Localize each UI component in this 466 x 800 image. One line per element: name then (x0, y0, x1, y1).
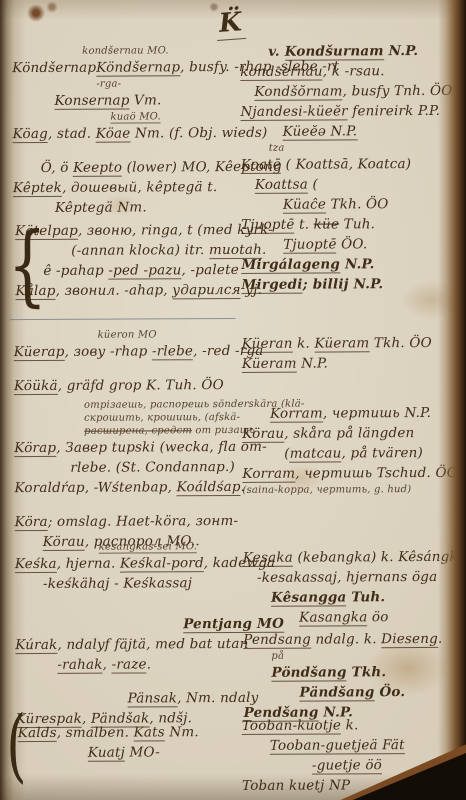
text-segment: k. (293, 336, 315, 352)
text-segment: kondšernau MO. (82, 45, 169, 56)
entry-line: -rga- (96, 77, 244, 91)
text-segment: küeron MO (98, 329, 157, 340)
text-segment: Küeran (242, 336, 293, 353)
entry-block-keska: kesangkas-sei MO.Keśka, hjerna. Keśkal-p… (15, 540, 247, 594)
text-segment: (lower) MO, (122, 159, 215, 175)
text-segment: Kondšurnam (285, 43, 384, 61)
entry-line: Kätelpap, звоню, ringa, t (med kyrk- (15, 220, 247, 241)
entry-line: Kuatj MO- (88, 742, 250, 763)
text-segment: Keśkal-pord (120, 555, 204, 572)
text-segment: -ped -pazu (108, 262, 181, 279)
text-segment: muotah (209, 242, 262, 259)
section-divider (10, 318, 236, 320)
text-segment: , зову -rhap (65, 343, 152, 359)
entry-line: Njandesi-küeĕr fenireirk P.P. (240, 101, 458, 122)
text-segment: -guetje öö (312, 757, 382, 774)
text-segment: ; omslag. Haet-köra, зонт- (48, 513, 239, 530)
text-segment: k. (341, 717, 358, 733)
text-segment: Kêsangga (271, 589, 347, 606)
text-segment: kuaö MO. (110, 111, 160, 123)
text-segment: matcau (290, 445, 342, 462)
entry-line: ê -pahap -ped -pazu, -palete (43, 260, 247, 281)
text-segment: Kondšŏrnam (254, 83, 342, 100)
entry-line: -kesakassaj, hjernans öga (257, 567, 461, 588)
text-segment: ê -pahap (43, 263, 108, 279)
text-segment: Toban kuetj NP (242, 777, 350, 794)
entry-line: отрізаешь, распорешь sönderskära (klä- (84, 398, 246, 412)
text-segment: Kätelpap (15, 223, 78, 240)
entry-line: Köükä, gräfd grop K. Tuh. ÖO (14, 375, 246, 396)
entry-line: Korram, чертишь N.P. (270, 403, 460, 424)
text-segment: Kúrak (15, 637, 57, 654)
text-segment: . (147, 656, 152, 672)
text-segment: , hjerna. (57, 556, 120, 572)
text-segment: Tooban-kuotje (242, 717, 341, 735)
text-segment: , -Wśtenbap, (85, 479, 177, 495)
text-segment: скрошить, крошишь, (afskä- (84, 412, 240, 424)
text-segment: , på tvären) (341, 445, 423, 461)
text-segment: Tooban-guetjeä Fät (270, 737, 405, 755)
entry-line: (saina-koppa, чертить, g. hud) (242, 483, 460, 497)
text-segment: ndalg. k. (311, 631, 381, 647)
text-segment: Koáldśap (177, 479, 241, 496)
text-segment: , k -rsau. (323, 63, 385, 79)
text-segment: Kalds (18, 725, 57, 742)
entry-block-katelpap: Kätelpap, звоню, ringa, t (med kyrk-(-an… (15, 220, 247, 301)
entry-line: Korram, чертишь Tschud. ÖO. (242, 463, 460, 484)
entry-line: Küeran k. Küeram Tkh. ÖO (242, 333, 460, 354)
entry-line: KöndšernapKöndšernap, busfy. -rhap -sleb… (12, 57, 244, 78)
entry-block-koag-keptek: kuaö MO.Köag, stad. Köae Nm. (f. Obj. wi… (12, 110, 245, 218)
page-letter-heading: K̈ (215, 7, 246, 41)
entry-line: Pendsang ndalg. k. Dieseng. (243, 629, 461, 650)
text-segment: Pänsak (128, 690, 178, 707)
entry-line: Kålap, звонил. -ahap, ударился уј. (15, 280, 247, 301)
entry-line: Koattsa ( (255, 174, 459, 195)
text-segment: Köag (13, 126, 48, 143)
text-segment: Keśka (15, 556, 57, 573)
text-segment: t. (295, 217, 314, 233)
entry-line: Kasangka öo (299, 607, 461, 628)
entry-line: tza (269, 141, 459, 155)
entry-line: kondsernau, k -rsau. (240, 61, 458, 82)
text-segment: , звоню, ringa, t (med kyrk- (78, 222, 273, 239)
text-segment: Kats (134, 724, 165, 741)
entry-line: Körap, Завер tupski (wecka, fla om- (14, 437, 246, 458)
entry-line: Kêptek, дошевый, kêptegä t. (13, 177, 245, 198)
text-segment: Tkh. (347, 664, 387, 680)
text-segment: Dieseng (381, 631, 438, 648)
entry-line: Koraldŕap, -Wśtenbap, Koáldśap. (14, 477, 246, 498)
text-segment: , чертишь Tschud. ÖO. (295, 465, 462, 482)
text-segment: Mirgálageng (241, 256, 340, 274)
text-segment: Küeĕə N.P. (283, 123, 358, 140)
entry-line: Köag, stad. Köae Nm. (f. Obj. wieds) (13, 123, 245, 144)
text-segment: -keśkähaj - Keśkassaj (43, 575, 192, 592)
text-segment: rlebe. (St. Condannap.) (70, 459, 235, 476)
entry-line: på (271, 649, 461, 663)
text-segment: Nm. (165, 724, 199, 740)
text-segment: Koraldŕap (14, 480, 84, 496)
entry-line: скрошить, крошишь, (afskä- (84, 411, 246, 425)
text-segment: Nm. (f. Obj. wieds) (130, 125, 267, 142)
entry-line: Tjuoptē t. küe Tuh. (241, 214, 459, 235)
entry-block-kondsernap: kondšernau MO.KöndšernapKöndšernap, busf… (12, 44, 244, 111)
entry-line: Köra; omslag. Haet-köra, зонт- (15, 511, 247, 532)
text-segment: MO- (125, 744, 160, 760)
text-segment: Köndšernap (12, 60, 96, 76)
entry-line: Kúrak, ndalyf fäjtä, med bat utan (15, 634, 247, 655)
entry-line: расширена, средст от ризашь (84, 424, 246, 438)
entry-line: (matcau, på tvären) (284, 443, 460, 464)
text-segment: Koattsa (255, 177, 308, 194)
entry-line: Körau, skåra på längden (242, 423, 460, 444)
entry-line: rlebe. (St. Condannap.) (70, 457, 246, 478)
text-segment: N.P. (297, 356, 328, 372)
entry-line: kondšernau MO. (82, 44, 244, 58)
book-page-edge (438, 0, 466, 800)
entry-line: Ö, ö Keepto (lower) MO, Kêeptong (41, 157, 245, 178)
text-segment: kondsernau (240, 64, 323, 81)
text-segment: , skåra på längden (284, 425, 414, 442)
text-segment: Körau (242, 426, 284, 443)
text-segment: Küeram (314, 335, 369, 352)
text-segment: Pändšang (299, 684, 374, 701)
text-segment: -raze (112, 656, 147, 673)
text-segment: (saina-koppa, чертить, g. hud) (242, 484, 411, 496)
text-segment: Kêptek (13, 180, 62, 197)
entry-line: Konsernap Vm. (54, 90, 244, 111)
text-segment: Nm. (113, 199, 147, 215)
text-segment: Ö, ö (41, 160, 73, 176)
entry-line: Tooban-guetjeä Fät (270, 735, 460, 756)
text-segment: Köndšernap (96, 59, 180, 76)
entry-line: Kêsangga Tuh. (271, 587, 461, 608)
text-segment: -rlebe (152, 343, 193, 360)
text-segment: , -palete (181, 262, 238, 278)
text-segment: , чертишь N.P. (323, 405, 431, 422)
text-segment: -kesakassaj, hjernans öga (257, 569, 438, 586)
text-segment: , Завер tupski (wecka, fla om- (56, 439, 267, 456)
text-segment: , busfy Tnh. ÖO (343, 83, 453, 100)
text-segment: уј. (241, 282, 262, 298)
text-segment: på (271, 651, 284, 662)
text-segment: Tuh. (339, 216, 375, 232)
text-segment: Öo. (374, 684, 405, 700)
text-segment: ( (308, 177, 318, 193)
text-segment: Köae (96, 126, 131, 143)
text-segment: Pöndšang (271, 664, 346, 681)
text-segment: Korram (242, 466, 295, 483)
text-segment: Kuatj (88, 745, 125, 762)
text-segment: Keepto (73, 160, 122, 177)
text-segment: Kålap (15, 283, 55, 300)
text-segment: Körap (14, 440, 56, 457)
text-segment: Vm. (129, 92, 161, 108)
text-segment: Köra (15, 514, 48, 531)
text-segment: , звонил. -ahap, (56, 282, 173, 299)
entry-line: -rahak, -raze. (57, 654, 247, 675)
text-segment: fenireirk P.P. (348, 103, 440, 119)
entry-line: -keśkähaj - Keśkassaj (43, 573, 247, 594)
text-segment: Njandesi-küeĕr (240, 103, 347, 121)
entry-block-pendsang: Pendsang ndalg. k. Dieseng.påPöndšang Tk… (243, 629, 461, 723)
text-segment: Kasangka (299, 609, 367, 626)
text-segment: Tkh. ÖO (369, 335, 432, 351)
text-segment: Konsernap (54, 93, 129, 110)
entry-line: Tooban-kuotje k. (242, 715, 460, 736)
entry-line: Küaĉe Tkh. ÖO (283, 194, 459, 215)
text-segment: Kêptegä (55, 200, 113, 216)
text-segment: ÖO. (337, 236, 368, 252)
entry-line: kuaö MO. (110, 110, 244, 124)
text-segment: Pendsang (243, 632, 311, 649)
text-segment: , ndalyf fäjtä, med bat utan (57, 636, 248, 653)
text-segment: . (262, 242, 267, 258)
text-segment: , smalben. (57, 725, 134, 741)
entry-line: Küerap, зову -rhap -rlebe, -red -rga (14, 341, 246, 362)
text-segment: ( Koattsā, Koatca) (281, 156, 411, 173)
page-content: K̈ { ( kondšernau MO.KöndšernapKöndšerna… (0, 0, 466, 800)
text-segment: öo (367, 609, 388, 625)
entry-line: Keśka, hjerna. Keśkal-pord, kadewga (15, 553, 247, 574)
entry-line: Mirgálageng N.P. (241, 254, 459, 275)
entry-block-korram: Korram, чертишь N.P.Körau, skåra på läng… (242, 403, 460, 497)
text-segment: küe (314, 216, 340, 232)
entry-line: Kalds, smalben. Kats Nm. (18, 722, 250, 743)
entry-line: v. Kondšurnam N.P. (268, 41, 458, 62)
entry-block-kuerap: küeron MOKüerap, зову -rhap -rlebe, -red… (14, 328, 246, 396)
text-segment: Kesaka (243, 550, 293, 567)
entry-line: (-annan klocka) itr. muotah. (71, 240, 247, 261)
text-segment: , дошевый, kêptegä t. (62, 179, 217, 196)
text-segment: v. (268, 44, 285, 60)
entry-line: Pöndšang Tkh. (271, 662, 461, 683)
text-segment: Küerap (14, 344, 65, 361)
text-segment: , gräfd grop K. Tuh. ÖO (58, 377, 224, 394)
text-segment: N.P. (384, 43, 419, 59)
manuscript-page: K̈ { ( kondšernau MO.KöndšernapKöndšerna… (0, 0, 466, 800)
entry-block-korap: отрізаешь, распорешь sönderskära (klä-ск… (14, 398, 247, 552)
text-segment: Tuh. (346, 589, 385, 605)
text-segment: Tjuoptē (283, 236, 337, 253)
entry-line: Küeĕə N.P. (283, 121, 459, 142)
text-segment: (-annan klocka) itr. (71, 242, 209, 259)
text-segment: , (103, 657, 112, 673)
entry-line: Pänsak, Nm. ndaly (128, 688, 248, 709)
text-segment: Korram (270, 406, 323, 423)
entry-line: Kondšŏrnam, busfy Tnh. ÖO (254, 81, 458, 102)
text-segment: , stad. (48, 126, 96, 142)
entry-line: Mirgedi; billij N.P. (241, 274, 459, 295)
entry-block-kalds: Kalds, smalben. Kats Nm.Kuatj MO- (18, 722, 250, 763)
text-segment: расширена, средст (84, 425, 192, 437)
text-segment: kesangkas-sei MO. (99, 541, 197, 554)
text-segment: Köükä (14, 378, 58, 395)
entry-line: Kesaka (kebangka) k. Kêsángka NP (243, 547, 461, 568)
entry-line: Pentjang MO (183, 614, 247, 634)
entry-line: kesangkas-sei MO. (99, 540, 247, 554)
text-segment: ударился (172, 282, 241, 299)
text-segment: tza (269, 143, 285, 154)
entry-line: Tjuoptē ÖO. (283, 234, 459, 255)
entry-block-kurak: Pentjang MOKúrak, ndalyf fäjtä, med bat … (15, 614, 248, 729)
entry-block-kueram: Küeran k. Küeram Tkh. ÖOKüeram N.P. (242, 333, 460, 374)
text-segment: -rahak (57, 657, 102, 674)
entry-line: Küeram N.P. (242, 353, 460, 374)
text-segment: -rga- (96, 79, 121, 90)
text-segment: Kêeptong (215, 159, 282, 175)
entry-line: küeron MO (98, 328, 246, 342)
text-segment: N.P. (340, 256, 375, 272)
text-segment: Tkh. ÖO (326, 196, 389, 212)
text-segment: Küaĉe (283, 197, 326, 214)
entry-line: Kêptegä Nm. (55, 197, 245, 218)
text-segment: Küeram (242, 356, 297, 373)
text-segment: ; billij N.P. (303, 276, 384, 292)
